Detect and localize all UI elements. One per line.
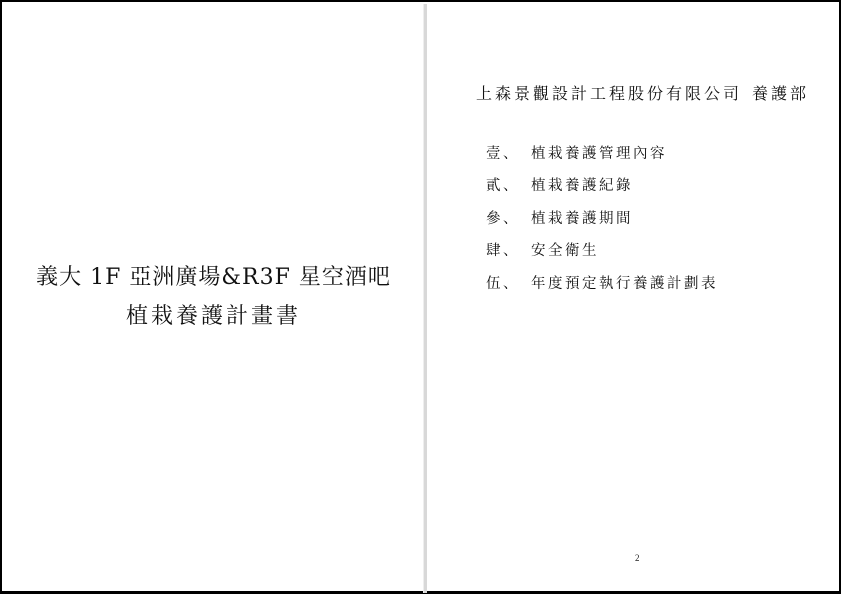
toc-item-number: 壹、 [486,142,531,163]
toc-item-number: 肆、 [486,239,531,260]
cover-title-line1: 義大 1F 亞洲廣場&R3F 星空酒吧 [4,260,423,291]
document-viewer-frame: 義大 1F 亞洲廣場&R3F 星空酒吧 植栽養護計畫書 上森景觀設計工程股份有限… [0,0,841,594]
toc-item: 壹、 植栽養護管理內容 [486,136,718,169]
table-of-contents: 壹、 植栽養護管理內容 貳、 植栽養護紀錄 參、 植栽養護期間 肆、 安全衛生 … [486,136,718,299]
toc-item: 伍、 年度預定執行養護計劃表 [486,266,718,299]
cover-title-line2: 植栽養護計畫書 [4,299,423,330]
cover-page: 義大 1F 亞洲廣場&R3F 星空酒吧 植栽養護計畫書 [4,4,423,593]
toc-item-title: 安全衛生 [531,239,599,260]
toc-item-title: 植栽養護期間 [531,207,633,228]
page-number: 2 [635,553,640,563]
toc-item-title: 年度預定執行養護計劃表 [531,272,718,293]
company-header: 上森景觀設計工程股份有限公司養護部 [476,81,809,104]
toc-item: 參、 植栽養護期間 [486,201,718,234]
toc-item-number: 伍、 [486,272,531,293]
contents-page: 上森景觀設計工程股份有限公司養護部 壹、 植栽養護管理內容 貳、 植栽養護紀錄 … [427,4,841,593]
company-name: 上森景觀設計工程股份有限公司 [476,84,742,103]
toc-item-title: 植栽養護紀錄 [531,174,633,195]
toc-item-title: 植栽養護管理內容 [531,142,667,163]
toc-item: 肆、 安全衛生 [486,234,718,267]
toc-item-number: 參、 [486,207,531,228]
toc-item-number: 貳、 [486,174,531,195]
toc-item: 貳、 植栽養護紀錄 [486,169,718,202]
department-name: 養護部 [752,84,809,103]
